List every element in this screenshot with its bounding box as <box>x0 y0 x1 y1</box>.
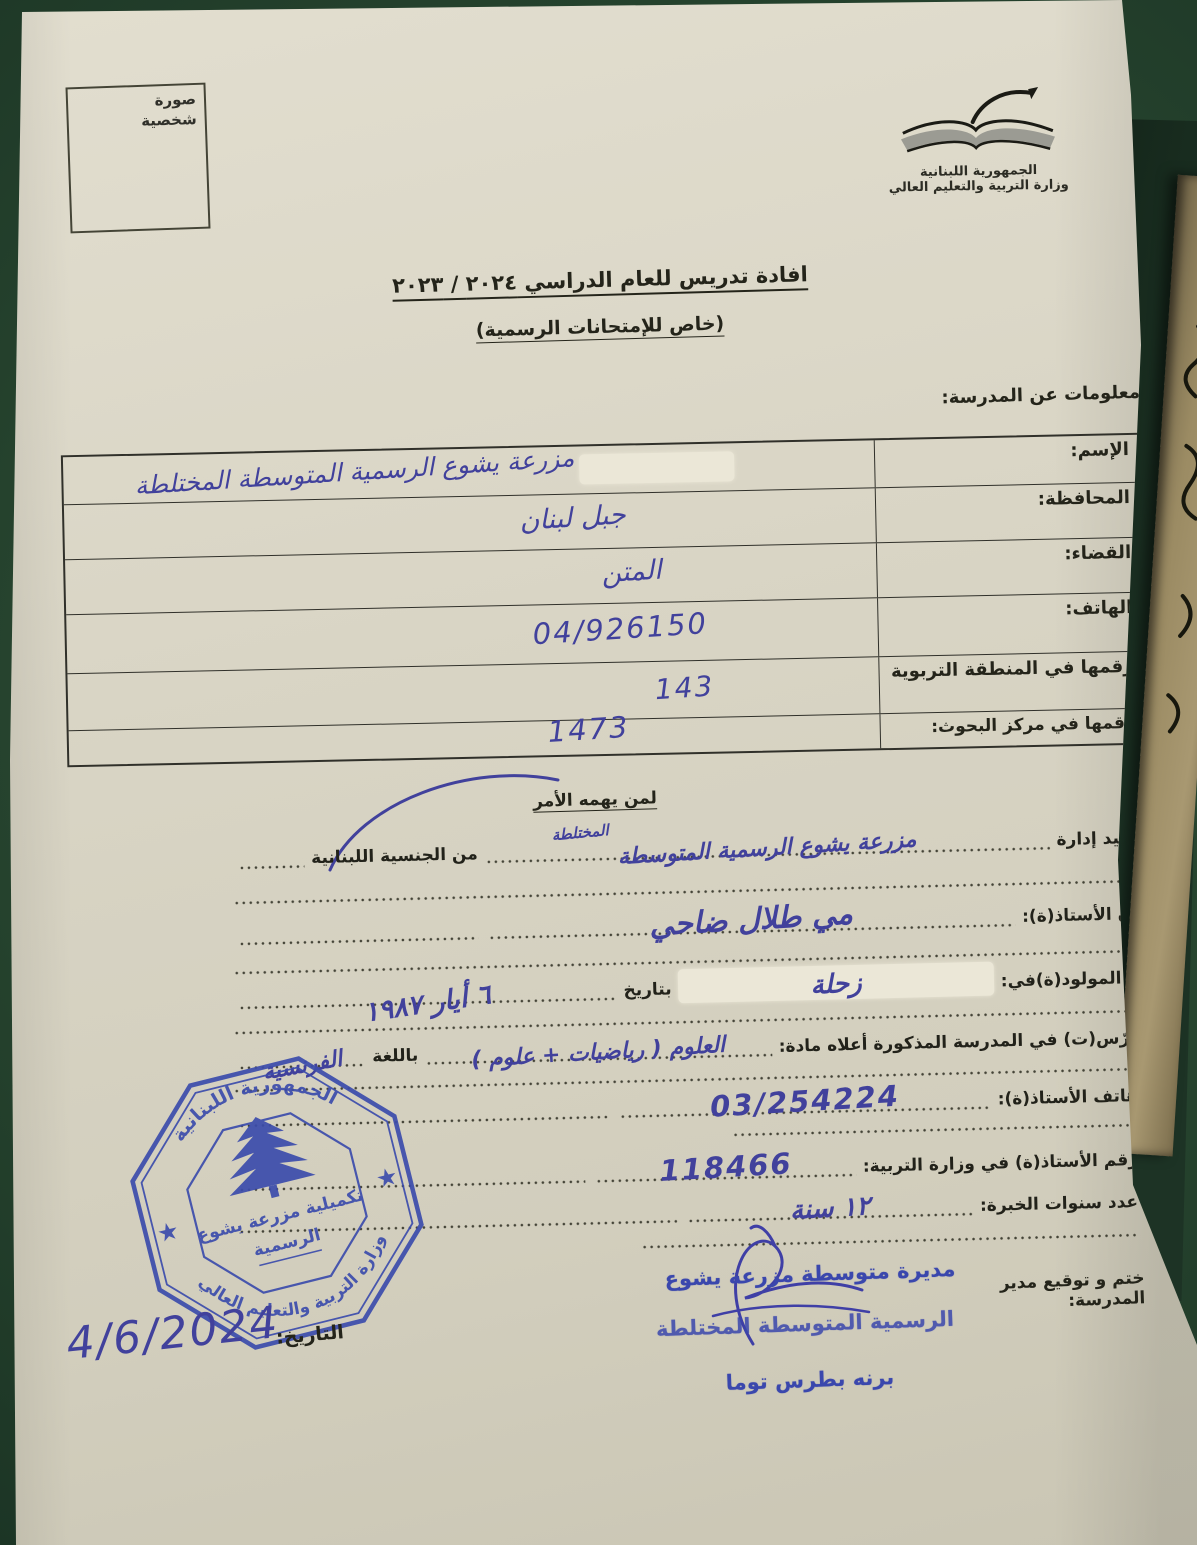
dotted-blank <box>238 848 304 870</box>
birth-line: و المولود(ة)في: زحلة بتاريخ ٦ أيار ١٩٨٧ <box>233 968 1140 1011</box>
ministry-header: الجمهورية اللبنانية وزارة التربية والتعل… <box>871 84 1085 196</box>
school-name-suffix-handwritten: المختلطة <box>551 821 609 844</box>
school-info-table: الإسم: مزرعة يشوع الرسمية المتوسطة المخت… <box>61 433 1147 768</box>
research-number-handwritten: 1473 <box>547 710 631 749</box>
document-title: افادة تدريس للعام الدراسي ٢٠٢٤ / ٢٠٢٣ <box>330 260 870 299</box>
certify-line: تفيد إدارة مزرعة يشوع الرسمية المتوسطة ا… <box>233 828 1140 871</box>
star-icon: ★ <box>154 1216 182 1248</box>
governorate-handwritten: جبل لبنان <box>518 499 626 537</box>
school-name-letter-handwritten: مزرعة يشوع الرسمية المتوسطة <box>617 828 917 871</box>
subject-handwritten: العلوم ( رياضيات + علوم ) <box>471 1033 726 1073</box>
school-info-heading: معلومات عن المدرسة: <box>840 382 1140 411</box>
open-book-logo-icon <box>882 84 1073 159</box>
dotted-blank: مي طلال ضاحي <box>488 907 1016 940</box>
row-label: رقمها في المنطقة التربوية <box>878 652 1144 714</box>
dotted-blank: زحلة <box>678 972 994 1000</box>
row-label: الهاتف: <box>877 593 1143 657</box>
photo-box: صورة شخصية <box>65 83 210 234</box>
teacher-line: أن الأستاذ(ة): مي طلال ضاحي <box>233 904 1140 947</box>
school-name-handwritten: مزرعة يشوع الرسمية المتوسطة المختلطة <box>133 443 574 500</box>
district-handwritten: المتن <box>600 555 662 590</box>
subject-label: درّس(ت) في المدرسة المذكورة أعلاه مادة: <box>776 1028 1140 1057</box>
seal-label: ختم و توقيع مدير المدرسة: <box>944 1268 1145 1316</box>
star-icon: ★ <box>373 1162 401 1194</box>
dotted-blank: 118466 <box>595 1157 856 1184</box>
dotted-line <box>732 1122 1140 1137</box>
document-paper: صورة شخصية الجمهورية اللبنانية وزارة الت… <box>0 0 1197 1545</box>
row-label: القضاء: <box>876 538 1142 598</box>
whiteout-patch <box>579 451 735 484</box>
dotted-blank: العلوم ( رياضيات + علوم ) <box>425 1037 772 1066</box>
experience-label: عدد سنوات الخبرة: <box>978 1192 1140 1216</box>
teacher-name-handwritten: مي طلال ضاحي <box>649 897 854 944</box>
teacher-phone-label: هاتف الأستاذ(ة): <box>995 1086 1140 1110</box>
row-label: المحافظة: <box>875 483 1141 543</box>
document-subtitle: (خاص للإمتحانات الرسمية) <box>400 310 800 343</box>
ministry-name: وزارة التربية والتعليم العالي <box>873 177 1085 196</box>
principal-stamp-line3: برنه بطرس توما <box>695 1364 926 1396</box>
teacher-phone-handwritten: 03/254224 <box>709 1079 901 1124</box>
photo-box-label: صورة شخصية <box>140 89 197 131</box>
region-number-handwritten: 143 <box>653 669 714 706</box>
row-label: رقمها في مركز البحوث: <box>879 709 1145 749</box>
nationality-text: من الجنسية اللبنانية <box>309 845 480 869</box>
dotted-blank: 03/254224 <box>619 1090 991 1119</box>
birthplace-label: و المولود(ة)في: <box>999 968 1141 991</box>
phone-handwritten: 04/926150 <box>531 606 708 651</box>
ministry-number-handwritten: 118466 <box>658 1147 793 1189</box>
date-label: التاريخ: <box>275 1321 345 1349</box>
ministry-number-label: رقم الأستاذ(ة) في وزارة التربية: <box>861 1150 1141 1177</box>
dotted-blank: ٦ أيار ١٩٨٧ <box>238 981 617 1011</box>
dotted-line <box>233 878 1140 905</box>
photo-scene: صورة شخصية الجمهورية اللبنانية وزارة الت… <box>0 0 1197 1545</box>
dotted-blank: مزرعة يشوع الرسمية المتوسطة المختلطة <box>485 830 1050 864</box>
birthplace-handwritten: زحلة <box>810 968 863 1001</box>
row-label: الإسم: <box>874 435 1140 488</box>
birthdate-label: بتاريخ <box>621 980 674 1001</box>
dotted-blank <box>238 920 478 946</box>
